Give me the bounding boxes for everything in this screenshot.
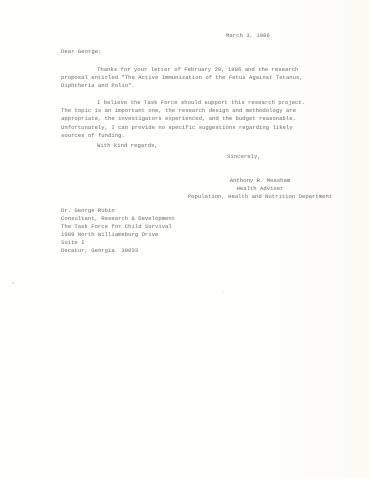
sign-off: Sincerely, (227, 153, 261, 161)
paragraph-line: proposal entitled "The Active Immunizati… (61, 74, 303, 82)
paragraph-line: appropriate, the investigators experienc… (61, 115, 305, 123)
signature-block: Anthony R. Measham Health Adviser Popula… (180, 177, 340, 201)
paragraph-1: Thanks for your letter of February 20, 1… (61, 66, 303, 91)
address-line: Dr. George Rubin (61, 207, 175, 215)
paragraph-line: Diphtheria and Polio". (61, 82, 303, 90)
signer-name: Anthony R. Measham (180, 177, 340, 185)
paragraph-line: I believe the Task Force should support … (61, 99, 305, 107)
paragraph-line: sources of funding. (61, 132, 305, 140)
scan-speck (12, 282, 14, 284)
address-line: 1989 North Williamsburg Drive (61, 231, 175, 239)
signer-title: Health Adviser (180, 185, 340, 193)
address-line: Consultant, Research & Development (61, 215, 175, 223)
salutation: Dear George: (61, 48, 102, 56)
signer-department: Population, Health and Nutrition Departm… (180, 193, 340, 201)
address-line: Decatur, Georgia 30033 (61, 247, 175, 255)
address-line: The Task Force for Child Survival (61, 223, 175, 231)
letter-date: March 3, 1986 (226, 32, 270, 40)
paragraph-line: Thanks for your letter of February 20, 1… (61, 66, 303, 74)
paragraph-line: Unfortunately, I can provide no specific… (61, 124, 305, 132)
paragraph-line: The topic is an important one, the resea… (61, 107, 305, 115)
letter-page: March 3, 1986 Dear George: Thanks for yo… (0, 0, 370, 479)
closing: With kind regards, (97, 142, 158, 150)
address-line: Suite I (61, 239, 175, 247)
recipient-address: Dr. George Rubin Consultant, Research & … (61, 207, 175, 255)
paragraph-2: I believe the Task Force should support … (61, 99, 305, 140)
scan-speck (223, 292, 224, 293)
